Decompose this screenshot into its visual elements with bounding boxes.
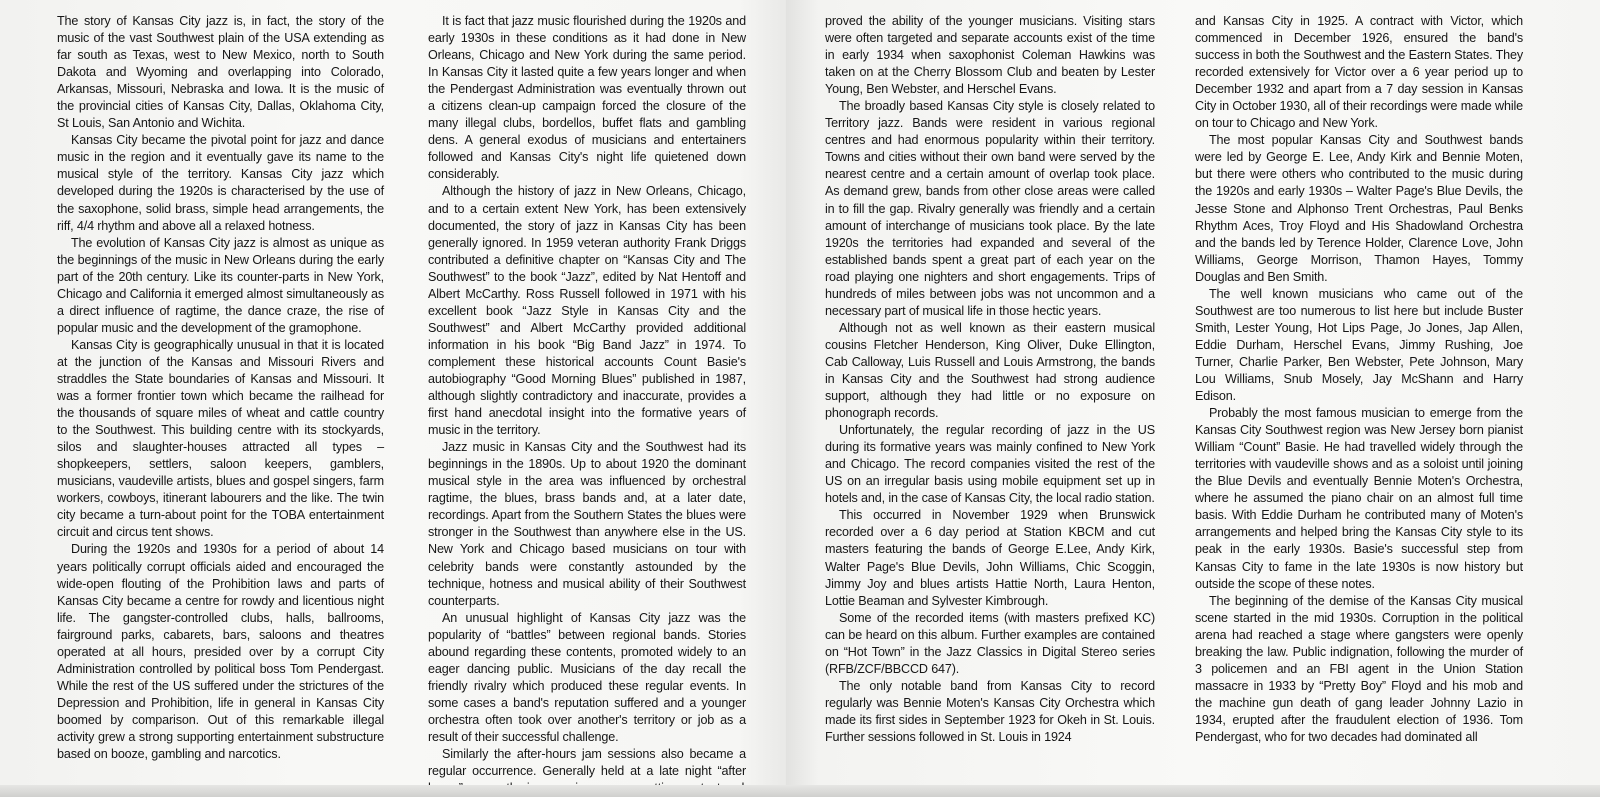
text-column-2: It is fact that jazz music flourished du… — [428, 13, 746, 797]
paragraph: An unusual highlight of Kansas City jazz… — [428, 610, 746, 746]
paragraph: The broadly based Kansas City style is c… — [825, 98, 1155, 320]
paragraph: The evolution of Kansas City jazz is alm… — [57, 235, 384, 337]
text-column-4: and Kansas City in 1925. A contract with… — [1195, 13, 1523, 746]
paragraph: The beginning of the demise of the Kansa… — [1195, 593, 1523, 746]
paragraph: Unfortunately, the regular recording of … — [825, 422, 1155, 507]
paragraph: The story of Kansas City jazz is, in fac… — [57, 13, 384, 132]
paragraph: The most popular Kansas City and Southwe… — [1195, 132, 1523, 285]
scan-bottom-edge — [0, 785, 1600, 797]
paragraph: The well known musicians who came out of… — [1195, 286, 1523, 405]
paragraph: Some of the recorded items (with masters… — [825, 610, 1155, 678]
paragraph: During the 1920s and 1930s for a period … — [57, 541, 384, 763]
paragraph: Kansas City is geographically unusual in… — [57, 337, 384, 542]
paragraph: Kansas City became the pivotal point for… — [57, 132, 384, 234]
paragraph: and Kansas City in 1925. A contract with… — [1195, 13, 1523, 132]
text-column-1: The story of Kansas City jazz is, in fac… — [57, 13, 384, 763]
left-page: The story of Kansas City jazz is, in fac… — [0, 0, 786, 785]
booklet-spread: The story of Kansas City jazz is, in fac… — [0, 0, 1600, 797]
paragraph: Although not as well known as their east… — [825, 320, 1155, 422]
paragraph: proved the ability of the younger musici… — [825, 13, 1155, 98]
text-column-3: proved the ability of the younger musici… — [825, 13, 1155, 746]
paragraph: The only notable band from Kansas City t… — [825, 678, 1155, 746]
paragraph: Jazz music in Kansas City and the Southw… — [428, 439, 746, 609]
paragraph: Although the history of jazz in New Orle… — [428, 183, 746, 439]
paragraph: It is fact that jazz music flourished du… — [428, 13, 746, 183]
paragraph: Probably the most famous musician to eme… — [1195, 405, 1523, 593]
paragraph: This occurred in November 1929 when Brun… — [825, 507, 1155, 609]
